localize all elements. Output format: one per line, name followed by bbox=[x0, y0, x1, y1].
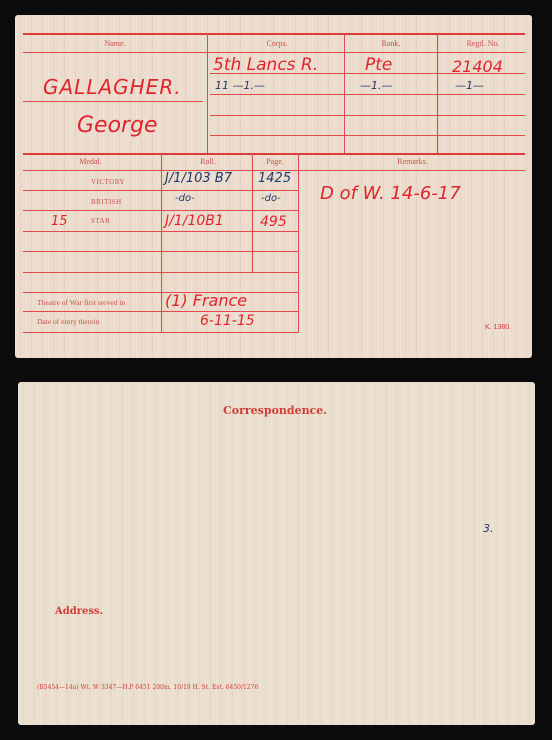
pencil-mark: 3. bbox=[483, 522, 494, 535]
header-regtl-no: Regtl. No. bbox=[438, 39, 528, 48]
medal-label-victory: VICTORY bbox=[91, 178, 125, 186]
theatre-value: (1) France bbox=[165, 291, 247, 310]
medal-card-back: Correspondence. 3. Address. (B5454—14a) … bbox=[18, 382, 535, 725]
theatre-label: Theatre of War first served in bbox=[37, 298, 125, 307]
forename: George bbox=[77, 113, 158, 138]
divider bbox=[437, 33, 438, 153]
header-medal: Medal. bbox=[23, 157, 158, 166]
entry-date-value: 6-11-15 bbox=[200, 313, 255, 329]
address-label: Address. bbox=[55, 606, 103, 617]
rule bbox=[210, 94, 525, 95]
form-code: K. 1380. bbox=[485, 324, 511, 331]
page-star: 495 bbox=[260, 214, 287, 230]
medal-card-front: Name. Corps. Rank. Regtl. No. GALLAGHER.… bbox=[15, 15, 532, 358]
header-page: Page. bbox=[253, 157, 297, 166]
divider bbox=[252, 153, 253, 273]
roll-star: J/1/10B1 bbox=[165, 213, 224, 229]
rule bbox=[23, 33, 525, 35]
medal-prefix-15: 15 bbox=[51, 214, 68, 229]
rule bbox=[23, 311, 298, 312]
rule bbox=[210, 115, 525, 116]
divider bbox=[344, 33, 345, 153]
regtl-no-value: 21404 bbox=[452, 57, 503, 76]
page-british: -do- bbox=[261, 193, 281, 204]
entry-date-label: Date of entry therein bbox=[37, 317, 99, 326]
remarks-value: D of W. 14-6-17 bbox=[320, 183, 461, 204]
rule bbox=[23, 190, 298, 191]
rank-ditto: —1.— bbox=[360, 79, 393, 92]
header-corps: Corps. bbox=[210, 39, 344, 48]
rule bbox=[23, 251, 298, 252]
header-name: Name. bbox=[23, 39, 207, 48]
rule bbox=[23, 292, 298, 293]
header-remarks: Remarks. bbox=[300, 157, 525, 166]
rule bbox=[23, 153, 525, 155]
rule bbox=[23, 272, 298, 273]
rule bbox=[210, 135, 525, 136]
divider bbox=[207, 33, 208, 153]
corps-ditto: 11 —1.— bbox=[215, 79, 265, 92]
roll-british: -do- bbox=[175, 193, 195, 204]
printer-imprint: (B5454—14a) Wt. W 3347—H.P 6451 200m. 10… bbox=[37, 684, 258, 691]
medal-label-star: STAR bbox=[91, 217, 110, 225]
rule bbox=[23, 52, 525, 53]
regtl-no-ditto: —1— bbox=[455, 79, 484, 92]
rule bbox=[23, 231, 298, 232]
page-victory: 1425 bbox=[258, 171, 291, 186]
corps-value: 5th Lancs R. bbox=[213, 55, 318, 75]
divider bbox=[298, 153, 299, 333]
roll-victory: J/1/103 B7 bbox=[165, 171, 232, 186]
header-roll: Roll. bbox=[163, 157, 253, 166]
header-rank: Rank. bbox=[345, 39, 437, 48]
rank-value: Pte bbox=[365, 55, 392, 75]
divider bbox=[161, 153, 162, 333]
rule bbox=[23, 332, 298, 333]
surname: GALLAGHER. bbox=[43, 75, 182, 99]
medal-label-british: BRITISH bbox=[91, 198, 122, 206]
correspondence-title: Correspondence. bbox=[223, 404, 327, 417]
rule bbox=[23, 210, 298, 211]
rule bbox=[23, 101, 203, 102]
